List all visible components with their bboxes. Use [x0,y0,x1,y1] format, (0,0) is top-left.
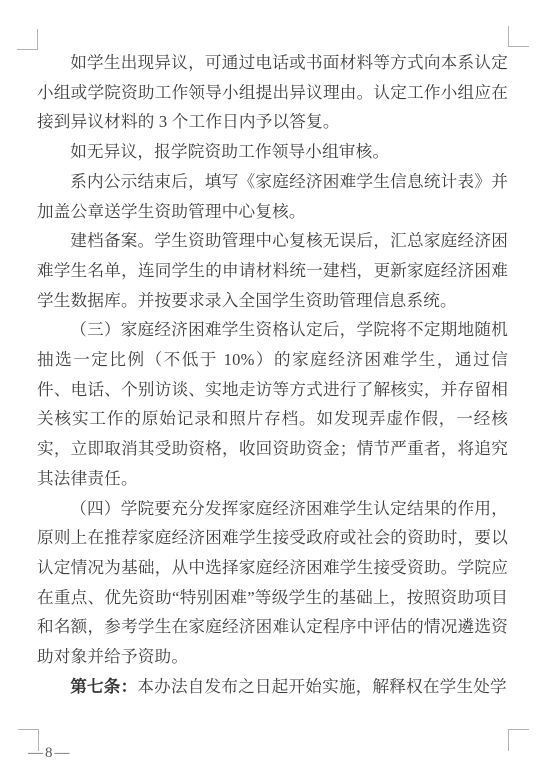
paragraph-article-seven: 第七条：本办法自发布之日起开始实施，解释权在学生处学 [37,672,508,702]
paragraph-item-four-usage: （四）学院要充分发挥家庭经济困难学生认定结果的作用，原则上在推荐家庭经济困难学生… [37,494,508,672]
page-number: —8— [28,745,72,762]
paragraph-text: 本办法自发布之日起开始实施，解释权在学生处学 [137,677,506,696]
paragraph-archiving: 建档备案。学生资助管理中心复核无误后，汇总家庭经济困难学生名单，连同学生的申请材… [37,226,508,315]
document-page: { "page": { "page_number": "—8—", "color… [0,0,545,783]
paragraph-text: 系内公示结束后，填写《家庭经济困难学生信息统计表》并加盖公章送学生资助管理中心复… [37,172,508,221]
paragraph-text: 如学生出现异议，可通过电话或书面材料等方式向本系认定小组或学院资助工作领导小组提… [37,53,508,131]
article-seven-label: 第七条： [70,677,137,696]
paragraph-item-three-verification: （三）家庭经济困难学生资格认定后，学院将不定期地随机抽选一定比例（不低于 10%… [37,315,508,493]
paragraph-objection-procedure: 如学生出现异议，可通过电话或书面材料等方式向本系认定小组或学院资助工作领导小组提… [37,48,508,137]
paragraph-no-objection: 如无异议，报学院资助工作领导小组审核。 [37,137,508,167]
paragraph-text: （四）学院要充分发挥家庭经济困难学生认定结果的作用，原则上在推荐家庭经济困难学生… [37,499,508,667]
document-body: 如学生出现异议，可通过电话或书面材料等方式向本系认定小组或学院资助工作领导小组提… [37,48,508,701]
paragraph-text: 建档备案。学生资助管理中心复核无误后，汇总家庭经济困难学生名单，连同学生的申请材… [37,231,508,309]
text-boundary-mark-top-right [508,26,529,47]
paragraph-publicity-end: 系内公示结束后，填写《家庭经济困难学生信息统计表》并加盖公章送学生资助管理中心复… [37,167,508,226]
text-boundary-mark-top-left [17,29,38,50]
paragraph-text: （三）家庭经济困难学生资格认定后，学院将不定期地随机抽选一定比例（不低于 10%… [37,320,508,488]
text-boundary-mark-bottom-right [508,729,529,751]
paragraph-text: 如无异议，报学院资助工作领导小组审核。 [70,142,389,161]
